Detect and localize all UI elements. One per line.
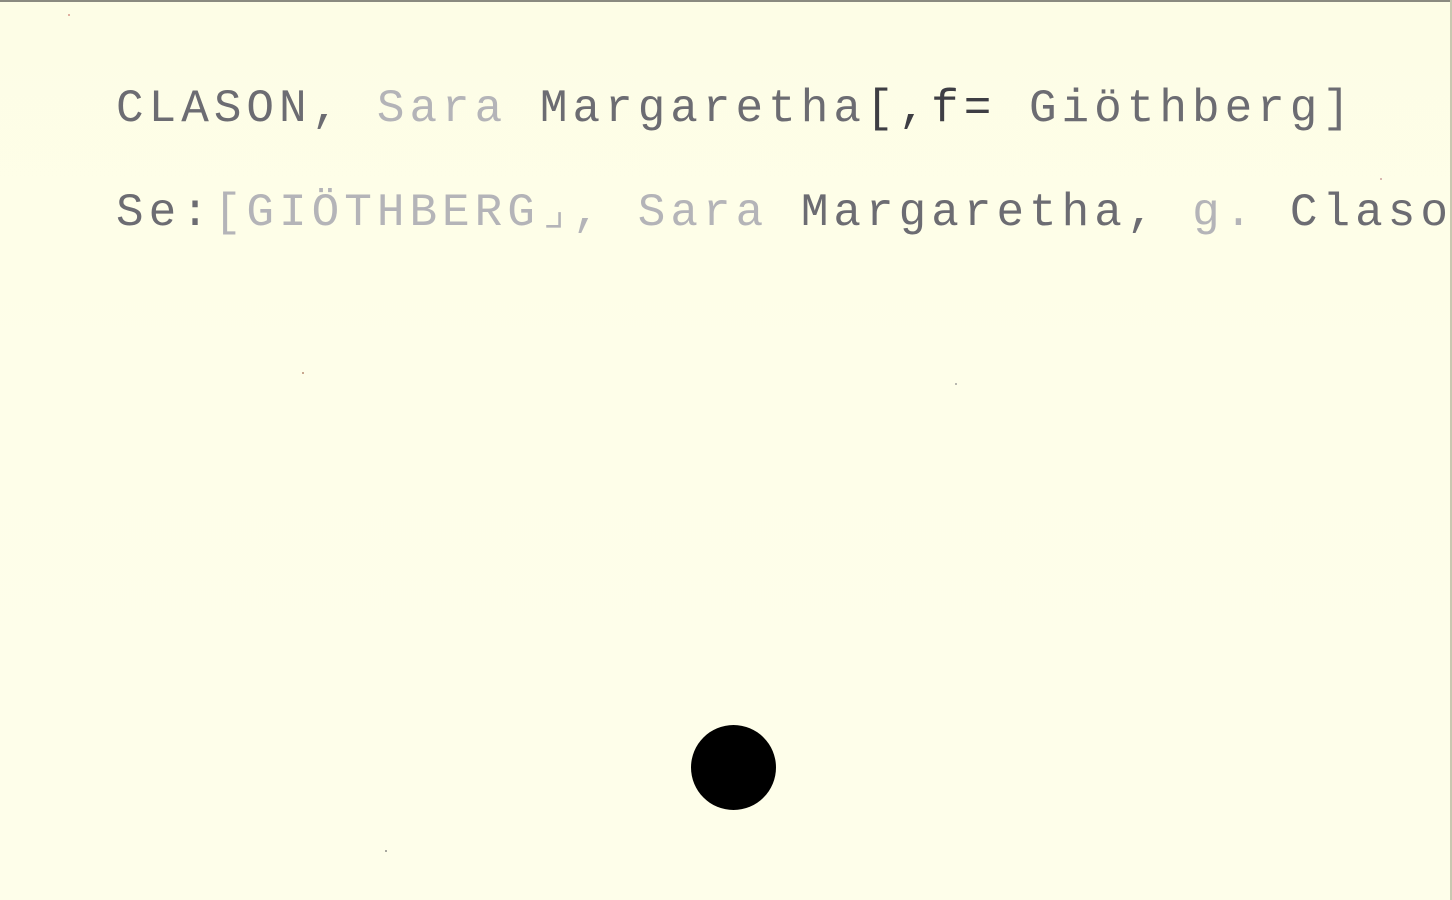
paper-speck <box>955 383 957 385</box>
paper-speck <box>385 850 387 852</box>
reference-surname: [GIÖTHBERG⌟, <box>214 187 605 239</box>
see-label: Se: <box>116 187 214 239</box>
reference-given-second: Margaretha, <box>801 187 1160 239</box>
surname: CLASON, <box>116 83 344 135</box>
married-abbreviation: g. <box>1192 187 1257 239</box>
married-name: Clason <box>1290 187 1452 239</box>
index-card: CLASON, Sara Margaretha[,f= Giöthberg] S… <box>0 0 1452 900</box>
paper-speck <box>302 372 304 374</box>
punch-hole <box>691 725 776 810</box>
heading-line: CLASON, Sara Margaretha[,f= Giöthberg] <box>116 86 1355 132</box>
maiden-name: Giöthberg] <box>1029 83 1355 135</box>
given-name-second: Margaretha <box>540 83 866 135</box>
cross-reference-line: Se:[GIÖTHBERG⌟, Sara Margaretha, g. Clas… <box>116 190 1452 236</box>
reference-given-first: Sara <box>638 187 768 239</box>
paper-speck <box>68 14 70 16</box>
paper-speck <box>1380 178 1382 180</box>
given-name-first: Sara <box>377 83 507 135</box>
bracket-note: [,f= <box>866 83 996 135</box>
